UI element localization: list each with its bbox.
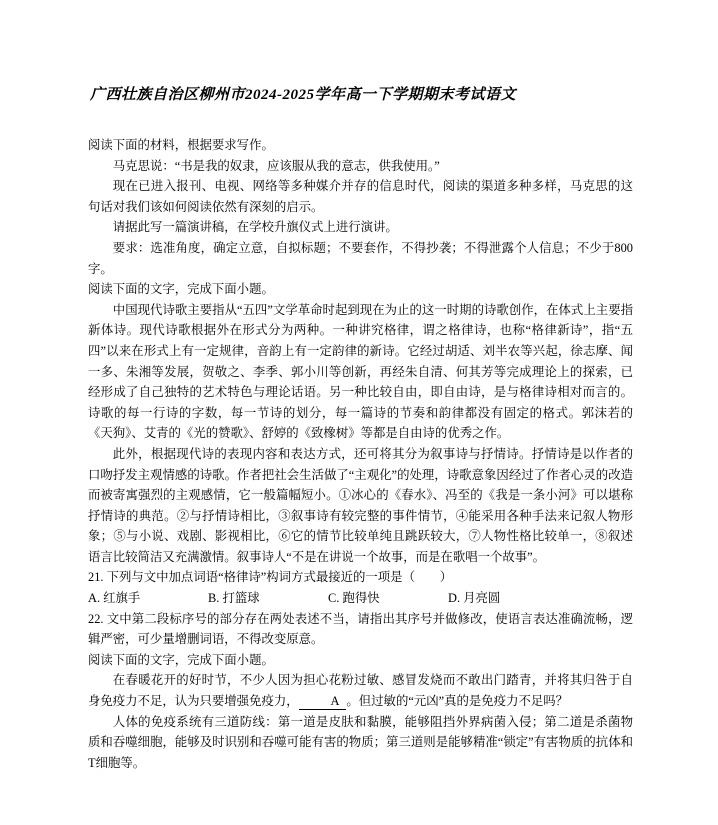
immunity-defense-paragraph: 人体的免疫系统有三道防线：第一道是皮肤和黏膜，能够阻挡外界病菌入侵；第二道是杀菌… [88,712,633,774]
writing-section-instruction: 阅读下面的材料，根据要求写作。 [88,135,633,156]
question-21-option-a: A. 红旗手 [88,588,208,609]
writing-context-paragraph: 现在已进入报刊、电视、网络等多种媒介并存的信息时代，阅读的渠道多种多样，马克思的… [88,176,633,217]
poetry-passage-paragraph-1: 中国现代诗歌主要指从“五四”文学革命时起到现在为止的这一时期的诗歌创作，在体式上… [88,300,633,444]
writing-task-paragraph: 请据此写一篇演讲稿，在学校升旗仪式上进行演讲。 [88,217,633,238]
question-22-stem: 22. 文中第二段标序号的部分存在两处表述不当，请指出其序号并做修改，使语言表达… [88,609,633,650]
question-21-stem: 21. 下列与文中加点词语“格律诗”构词方式最接近的一项是（ ） [88,567,633,588]
document-content: 广西壮族自治区柳州市2024-2025学年高一下学期期末考试语文 阅读下面的材料… [88,84,633,773]
poetry-section-instruction: 阅读下面的文字，完成下面小题。 [88,279,633,300]
poetry-passage-paragraph-2: 此外，根据现代诗的表现内容和表达方式，还可将其分为叙事诗与抒情诗。抒情诗是以作者… [88,444,633,568]
question-21-option-b: B. 打篮球 [208,588,328,609]
exam-document-page: 广西壮族自治区柳州市2024-2025学年高一下学期期末考试语文 阅读下面的材料… [0,0,718,825]
question-21-option-c: C. 跑得快 [328,588,448,609]
marx-quote-paragraph: 马克思说：“书是我的奴隶，应该服从我的意志，供我使用。” [88,156,633,177]
immunity-intro-post-text: 。但过敏的“元凶”真的是免疫力不足吗？ [346,694,568,708]
fill-in-blank-a: A [299,694,347,710]
question-21-options: A. 红旗手 B. 打篮球 C. 跑得快 D. 月亮圆 [88,588,633,609]
immunity-section-instruction: 阅读下面的文字，完成下面小题。 [88,650,633,671]
document-title: 广西壮族自治区柳州市2024-2025学年高一下学期期末考试语文 [90,84,633,106]
question-21-option-d: D. 月亮圆 [448,588,500,609]
immunity-intro-paragraph: 在春暖花开的好时节，不少人因为担心花粉过敏、感冒发烧而不敢出门踏青，并将其归咎于… [88,670,633,711]
writing-requirements-paragraph: 要求：选准角度，确定立意，自拟标题；不要套作，不得抄袭；不得泄露个人信息；不少于… [88,238,633,279]
